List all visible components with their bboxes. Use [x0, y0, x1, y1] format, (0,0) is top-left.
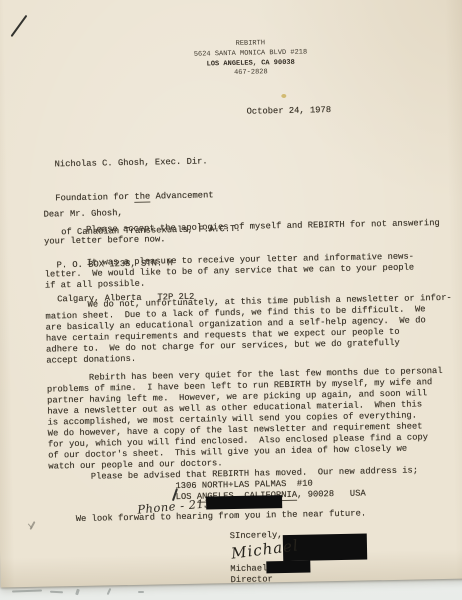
- recipient-name: Nicholas C. Ghosh, Exec. Dir.: [55, 156, 240, 171]
- body-paragraph-3: We do not, unfortunately, at this time p…: [45, 293, 453, 367]
- body-paragraph-2: It was a pleasure to receive your letter…: [44, 252, 414, 292]
- stain-dot: [281, 94, 286, 98]
- scanned-letter-screenshot: REBIRTH 5624 SANTA MONICA BLVD #218 LOS …: [0, 0, 462, 600]
- redaction-box-phone: [206, 495, 282, 509]
- salutation: Dear Mr. Ghosh,: [43, 208, 122, 221]
- pen-slash-mark: [11, 15, 28, 37]
- letter-page: REBIRTH 5624 SANTA MONICA BLVD #218 LOS …: [0, 0, 462, 587]
- pencil-mark: [138, 591, 144, 593]
- redaction-box-lastname: [266, 561, 310, 574]
- closing-line: We look forward to hearing from you in t…: [49, 508, 366, 525]
- letterhead: REBIRTH 5624 SANTA MONICA BLVD #218 LOS …: [95, 37, 406, 82]
- pencil-mark: [12, 589, 42, 592]
- letter-content: REBIRTH 5624 SANTA MONICA BLVD #218 LOS …: [0, 0, 462, 587]
- letter-date: October 24, 1978: [247, 105, 332, 118]
- recipient-org-line1: Foundation for the Advancement: [55, 190, 240, 205]
- signer-typed-name: Michael: [230, 563, 267, 575]
- pencil-mark: [50, 591, 63, 593]
- pencil-mark: [75, 589, 80, 596]
- signer-title: Director: [231, 574, 273, 586]
- body-paragraph-4: Rebirth has been very quiet for the last…: [47, 366, 445, 473]
- pencil-mark: [107, 588, 112, 595]
